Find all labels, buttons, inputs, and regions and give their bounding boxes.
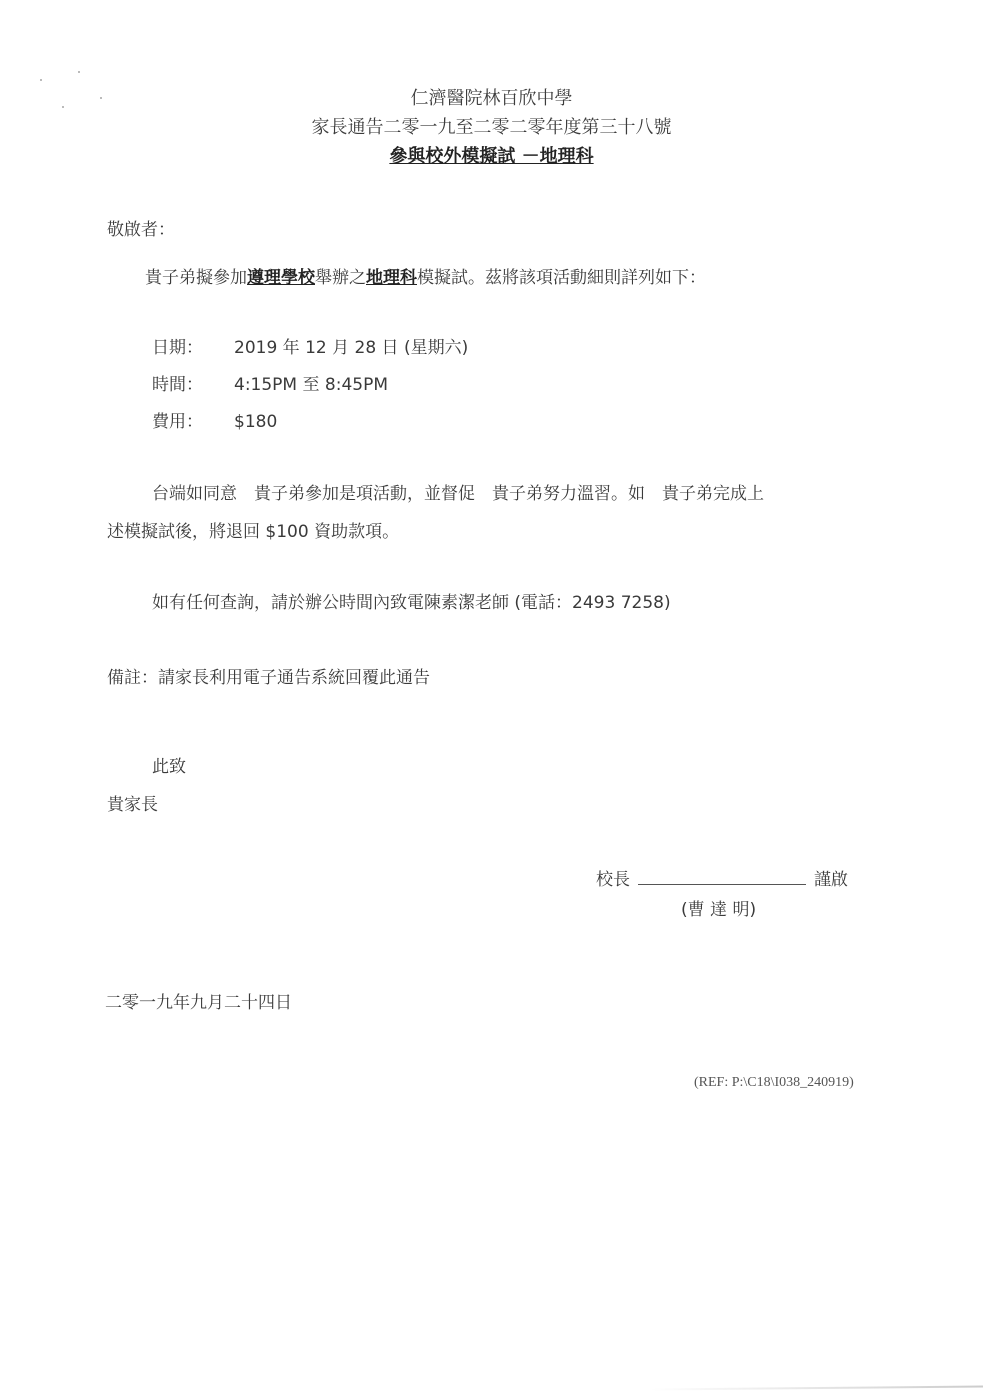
- closing-line-2: 貴家長: [107, 790, 158, 815]
- reference-code: (REF: P:\C18\I038_240919): [694, 1075, 854, 1091]
- scan-speck: [78, 71, 80, 73]
- detail-row-date: 日期：2019 年 12 月 28 日 (星期六): [152, 333, 468, 358]
- subject: 地理科: [366, 268, 417, 288]
- signature-sign-off: 謹啟: [814, 870, 848, 890]
- intro-prefix: 貴子弟擬參加: [145, 268, 247, 288]
- closing-line-1: 此致: [152, 752, 186, 777]
- detail-value: 2019 年 12 月 28 日 (星期六): [234, 338, 468, 358]
- signature-block: 校長謹啟: [596, 865, 848, 890]
- notice-number: 家長通告二零一九至二零二零年度第三十八號: [0, 113, 983, 139]
- notice-date: 二零一九年九月二十四日: [105, 988, 292, 1013]
- intro-suffix: 模擬試。茲將該項活動細則詳列如下：: [417, 268, 706, 288]
- scan-edge: [650, 1386, 983, 1391]
- detail-row-fee: 費用：$180: [152, 407, 277, 432]
- detail-row-time: 時間：4:15PM 至 8:45PM: [152, 370, 388, 395]
- signature-line: [638, 870, 806, 885]
- remark: 備註：請家長利用電子通告系統回覆此通告: [107, 663, 430, 688]
- intro-paragraph: 貴子弟擬參加遵理學校舉辦之地理科模擬試。茲將該項活動細則詳列如下：: [145, 263, 706, 288]
- host-school: 遵理學校: [247, 268, 315, 288]
- notice-title: 參與校外模擬試 －地理科: [389, 146, 593, 167]
- salutation: 敬啟者：: [107, 215, 175, 240]
- consent-line-1: 台端如同意 貴子弟參加是項活動，並督促 貴子弟努力溫習。如 貴子弟完成上: [152, 479, 764, 504]
- detail-label: 費用：: [152, 407, 234, 432]
- detail-value: 4:15PM 至 8:45PM: [234, 375, 388, 395]
- detail-label: 日期：: [152, 333, 234, 358]
- detail-label: 時間：: [152, 370, 234, 395]
- detail-value: $180: [234, 412, 277, 432]
- scan-speck: [40, 79, 42, 81]
- enquiry-paragraph: 如有任何查詢，請於辦公時間內致電陳素潔老師 (電話：2493 7258): [152, 588, 671, 613]
- consent-line-2: 述模擬試後，將退回 $100 資助款項。: [107, 517, 399, 542]
- school-name: 仁濟醫院林百欣中學: [0, 84, 983, 110]
- signature-name: (曹 達 明): [681, 895, 756, 920]
- signature-role: 校長: [596, 870, 630, 890]
- intro-middle: 舉辦之: [315, 268, 366, 288]
- notice-title-wrap: 參與校外模擬試 －地理科: [0, 142, 983, 168]
